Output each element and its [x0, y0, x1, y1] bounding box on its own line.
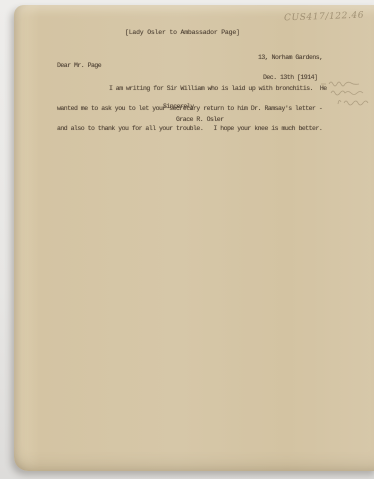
typed-attribution-note: [Lady Osler to Ambassador Page]: [125, 30, 240, 37]
pencil-catalog-number: CUS417/122.46: [284, 11, 364, 24]
pencil-annotation-squiggle: [336, 97, 372, 107]
salutation: Dear Mr. Page: [57, 63, 101, 70]
paper-sheet: CUS417/122.46 [Lady Osler to Ambassador …: [14, 5, 374, 471]
pencil-annotation-squiggle: [330, 88, 370, 97]
body-line: I am writing for Sir William who is laid…: [57, 86, 327, 93]
closing: Sincerely: [163, 104, 194, 111]
pencil-annotation-squiggle: [320, 79, 372, 88]
scan-background: CUS417/122.46 [Lady Osler to Ambassador …: [0, 0, 374, 479]
signature: Grace R. Osler: [176, 117, 224, 124]
address-line: 13, Norham Gardens,: [258, 55, 323, 62]
body-line: and also to thank you for all your troub…: [57, 126, 327, 133]
